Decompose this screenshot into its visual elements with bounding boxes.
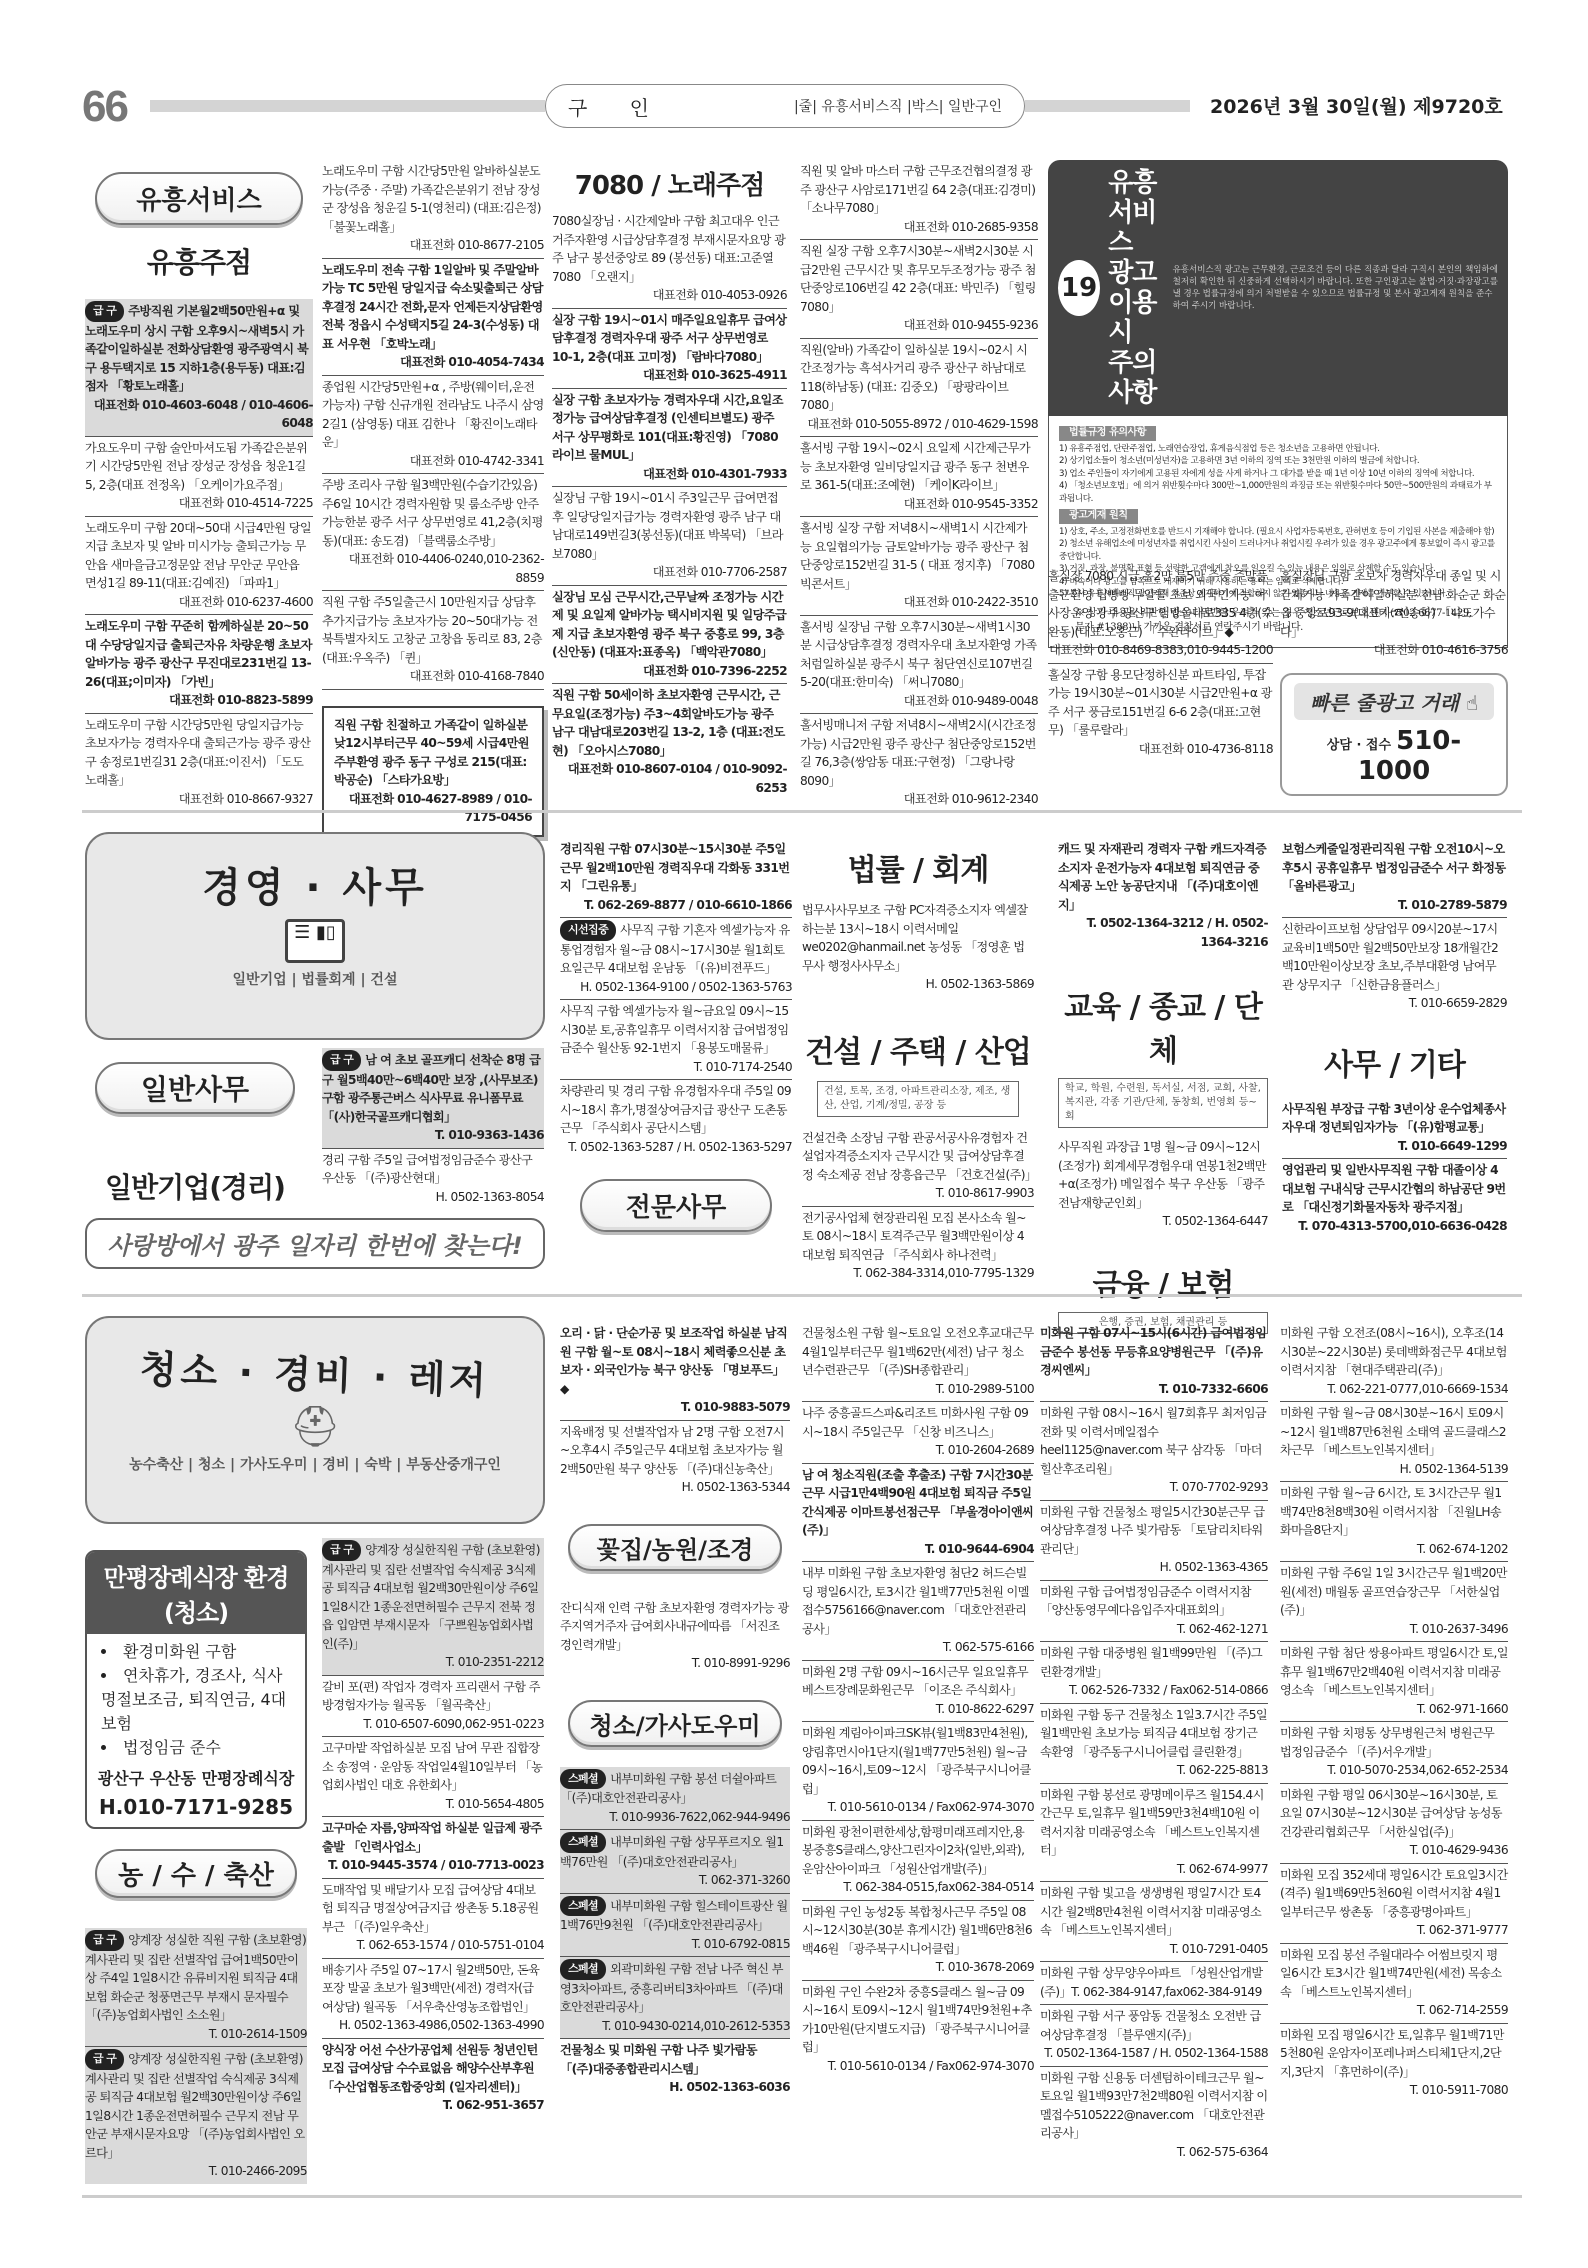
- ad-text: 미화원 구함 봉선로 광명메이루즈 월154.4시간근무 토,일휴무 월1백59…: [1040, 1788, 1264, 1858]
- classified-ad[interactable]: 7080실장님 · 시간제알바 구함 최고대우 인근거주자환영 시급상담후결정 …: [552, 210, 787, 309]
- legal-list: 1) 유흥주점업, 단란주점업, 노래연습장업, 휴게음식점업 등은 청소년을 …: [1059, 443, 1497, 506]
- ad-phone: T. 070-7702-9293: [1040, 1478, 1268, 1497]
- ad-phone: 대표전화 010-8667-9327: [85, 790, 313, 809]
- classified-ad[interactable]: 미화원 구함 08시~16시 월7회휴무 최저임금 전화 및 이력서메일접수 h…: [1040, 1402, 1268, 1501]
- page-number: 66: [82, 82, 127, 132]
- sec2-col-f: 보험스케줄일정관리직원 구함 오전10시~오후5시 공휴일휴무 법정임금준수 서…: [1282, 838, 1507, 1238]
- section-title: 구 인: [568, 92, 667, 121]
- list-item: 1) 상호, 주소, 고정전화번호를 반드시 기재해야 합니다. (필요시 사업…: [1059, 526, 1497, 539]
- ad-phone: 대표전화 010-4514-7225: [85, 494, 313, 513]
- ad-list: 급 구주방직원 기본월2백50만원+α 및 노래도우미 상시 구함 오후9시~새…: [85, 299, 313, 811]
- ad-badge: 급 구: [322, 1050, 361, 1071]
- ad-phone: T. 062-971-1660: [1280, 1700, 1508, 1719]
- ad-phone: T. 010-9644-6904: [802, 1540, 1034, 1559]
- slogan-banner: 사랑방에서 광주 일자리 한번에 찾는다!: [85, 1218, 545, 1269]
- sec1-col-c: 7080 / 노래주점 7080실장님 · 시간제알바 구함 최고대우 인근거주…: [552, 165, 787, 800]
- ad-text: 홀실장 구함 용모단정하신분 파트타임, 투잡가능 19시30분~01시30분 …: [1048, 668, 1272, 738]
- ad-phone: T. 062-269-8877 / 010-6610-1866: [560, 896, 792, 915]
- ad-phone: T. 010-8622-6297: [802, 1700, 1034, 1719]
- classified-ad[interactable]: 급 구양계장 성실한 직원 구함 (초보환영) 계사관리 및 집란 선별작업 급…: [85, 1928, 307, 2047]
- subcategory-title: 유흥주점: [85, 241, 313, 281]
- classified-ad[interactable]: 종업원 시간당5만원+α , 주방(웨이터,운전가능자) 구함 신규개원 전라남…: [322, 376, 544, 475]
- classified-ad[interactable]: 잔디식재 인력 구함 초보자환영 경력자가능 광주지역거주자 급여회사내규에따름…: [560, 1597, 790, 1676]
- ad-phone: T. 062-575-6166: [802, 1638, 1034, 1657]
- ad-phone: T. 062-526-7332 / Fax062-514-0866: [1040, 1681, 1268, 1700]
- fast-ad-number: 510-1000: [1358, 726, 1461, 786]
- notice-description: 유흥서비스직 광고는 근무환경, 근로조건 등이 다른 직종과 달라 구직시 본…: [1173, 264, 1498, 312]
- classified-ad[interactable]: 노래도우미 구함 꾸준히 함께하실분 20~50대 수당당일지급 출퇴근자유 차…: [85, 615, 313, 714]
- classified-ad[interactable]: 전기공사업체 현장관리원 모집 본사소속 월~토 08시~18시 토격주근무 월…: [802, 1207, 1034, 1286]
- classified-ad[interactable]: 고구마순 자름,양파작업 하실분 일급제 광주출발 「인력사업소」T. 010-…: [322, 1817, 544, 1879]
- ad-text: 경리 구함 주5일 급여법정임금준수 광산구 우산동 「(주)광산현대」: [322, 1153, 532, 1186]
- category-banner-cleaning: 청소 · 경비 · 레저 ⛑ 농수축산 | 청소 | 가사도우미 | 경비 | …: [85, 1316, 545, 1524]
- ad-text: 오리 · 닭 · 단순가공 및 보조작업 하실분 남직원 구함 월~토 08시~…: [560, 1326, 787, 1396]
- monitor-chart-icon: ☰ ▮▯: [285, 919, 345, 963]
- category-pill-garden: 꽃집/농원/조경: [568, 1524, 782, 1571]
- ad-phone: T. 062-951-3657: [322, 2096, 544, 2115]
- ad-phone: 대표전화 010-4406-0240,010-2362-8859: [322, 550, 544, 587]
- notice-header: 19 유흥서비스 광고 이용시 주의사항 유흥서비스직 광고는 근무환경, 근로…: [1048, 160, 1508, 416]
- ad-phone: 대표전화 010-8469-8383,010-9445-1200: [1048, 641, 1273, 660]
- ad-text: 미화원 구함 첨단 쌍용아파트 평일6시간 토,일휴무 월1백67만2백40원 …: [1280, 1646, 1508, 1697]
- classified-ad[interactable]: 경리직원 구함 07시30분~15시30분 주5일근무 월2백10만원 경력직우…: [560, 838, 792, 918]
- banner-subtitle: 농수축산 | 청소 | 가사도우미 | 경비 | 숙박 | 부동산중개구인: [87, 1454, 543, 1474]
- ad-text: 미화원 구함 대중병원 월1백99만원 「(주)그린환경개발」: [1040, 1646, 1262, 1679]
- ad-phone: H.010-7171-9285: [87, 1795, 305, 1827]
- notice-title: 유흥서비스 광고 이용시 주의사항: [1108, 168, 1162, 408]
- ad-phone: T. 010-6507-6090,062-951-0223: [322, 1715, 544, 1734]
- classified-ad[interactable]: 신한라이프보험 상담업무 09시20분~17시 교육비1백50만 월2백50만보…: [1282, 918, 1507, 1016]
- classified-ad[interactable]: 노래도우미 구함 시간당5만원 알바하실분도 가능(주중 · 주말) 가족같은분…: [322, 160, 544, 259]
- ad-text: 미화원 구함 07시~15시(6시간) 급여법정임금준수 봉선동 무등휴요양병원…: [1040, 1326, 1266, 1377]
- ad-text: 미화원 구함 치평동 상무병원근처 병원근무 법정임금준수 「(주)서우개발」: [1280, 1726, 1494, 1759]
- classified-ad[interactable]: 미화원 구함 빛고을 생생병원 평일7시간 토4시간 월2백8만4천원 이력서지…: [1040, 1882, 1268, 1962]
- pointer-hand-icon: ☝: [1466, 691, 1478, 715]
- classified-ad[interactable]: 경리 구함 주5일 급여법정임금준수 광산구 우산동 「(주)광산현대」H. 0…: [322, 1149, 544, 1210]
- ad-text: 미화원 구함 급여법정임금준수 이력서지참 「양산동영무예다음입주자대표회의」: [1040, 1585, 1251, 1618]
- ad-text: 미화원 구함 오전조(08시~16시), 오후조(14시30분~22시30분) …: [1280, 1326, 1507, 1377]
- classified-ad[interactable]: 오리 · 닭 · 단순가공 및 보조작업 하실분 남직원 구함 월~토 08시~…: [560, 1322, 790, 1421]
- ad-list: 노래도우미 구함 시간당5만원 알바하실분도 가능(주중 · 주말) 가족같은분…: [322, 160, 544, 690]
- classified-ad[interactable]: 도매작업 및 배달기사 모집 급여상담 4대보험 퇴직금 명절상여금지급 쌍촌동…: [322, 1879, 544, 1959]
- category-desc: 건설, 토목, 조경, 아파트관리소장, 제조, 생산, 산업, 기계/정밀, …: [817, 1081, 1019, 1117]
- classified-ad[interactable]: 홀실장 7080 시급 홀2만 룸5만 주중 주말풀 출근환영 팁빵빵 무알콜 …: [1048, 565, 1273, 664]
- ad-text: 캐드 및 자재관리 경력자 구함 캐드자격증소지자 운전가능자 4대보험 퇴직연…: [1058, 842, 1266, 912]
- classified-ad[interactable]: 시선집중사무직 구함 기혼자 엑셀가능자 유통업경험자 월~금 08시~17시3…: [560, 918, 792, 1000]
- ad-text: 홀실장님 구함 초보자 경력자우대 종일 및 시간제가능 가족같이일하실분 전남…: [1280, 569, 1505, 639]
- ad-list: 직원 및 알바 마스터 구함 근무조건협의결정 광주 광산구 사암로171번길 …: [800, 160, 1038, 812]
- sec3-col-f: 미화원 구함 오전조(08시~16시), 오후조(14시30분~22시30분) …: [1280, 1322, 1508, 2103]
- classified-ad[interactable]: 남 여 청소직원(조출 후출조) 구함 7시간30분근무 시급1만4백90원 4…: [802, 1464, 1034, 1563]
- classified-ad[interactable]: 노래도우미 전속 구함 1일알바 및 주말알바가능 TC 5만원 당일지급 숙소…: [322, 259, 544, 376]
- ad-text: 영업관리 및 일반사무직원 구함 대졸이상 4대보험 구내식당 근무시간협의 하…: [1282, 1163, 1506, 1214]
- classified-ad[interactable]: 직원 및 알바 마스터 구함 근무조건협의결정 광주 광산구 사암로171번길 …: [800, 160, 1038, 240]
- ad-list: 홀실장 7080 시급 홀2만 룸5만 주중 주말풀 출근환영 팁빵빵 무알콜 …: [1048, 565, 1273, 761]
- ad-phone: T. 010-6659-2829: [1282, 994, 1507, 1013]
- fast-ad-title: 빠른 줄광고 거래 ☝: [1294, 683, 1494, 720]
- classified-ad[interactable]: 급 구양계장 성실한직원 구함 (초보환영) 계사관리 및 집란 선별작업 숙식…: [85, 2047, 307, 2184]
- classified-ad[interactable]: 홀서빙 실장님 구함 오후7시30분~새벽1시30분 시급상담후결정 경력자우대…: [800, 616, 1038, 715]
- classified-ad[interactable]: 미화원 구함 치평동 상무병원근처 병원근무 법정임금준수 「(주)서우개발」T…: [1280, 1722, 1508, 1784]
- ad-phone: H. 0502-1363-6036: [560, 2078, 790, 2097]
- header-rule-right: [1025, 100, 1190, 112]
- ad-text: 경리직원 구함 07시30분~15시30분 주5일근무 월2백10만원 경력직우…: [560, 842, 789, 893]
- classified-ad[interactable]: 홀서빙매니저 구함 저녁8시~새벽2시(시간조정가능) 시급2만원 광주 광산구…: [800, 714, 1038, 812]
- classified-ad[interactable]: 급 구양계장 성실한직원 구함 (초보환영) 계사관리 및 집란 선별작업 숙식…: [322, 1538, 544, 1676]
- ad-text: 차량관리 및 경리 구함 유경험자우대 주5일 09시~18시 휴가,명절상여금…: [560, 1084, 791, 1135]
- ad-phone: H. 0502-1363-4986,0502-1363-4990: [322, 2016, 544, 2035]
- classified-ad[interactable]: 실장님 구함 19시~01시 주3일근무 급여면접후 일당당일지급가능 경력자환…: [552, 487, 787, 586]
- ad-phone: 대표전화 010-4301-7933: [552, 465, 787, 484]
- fast-ad-label: 상담 · 접수: [1327, 738, 1391, 753]
- classified-ad[interactable]: 미화원 광천이편한세상,함평미래프레지안,용봉중흥S클래스,양산그린자이2차(일…: [802, 1821, 1034, 1901]
- classified-ad[interactable]: 홀실장 구함 용모단정하신분 파트타임, 투잡가능 19시30분~01시30분 …: [1048, 664, 1273, 762]
- ad-text: 양식장 어선 수산가공업체 선원등 청년인턴 모집 급여상담 수수료없음 해양수…: [322, 2043, 538, 2094]
- ad-text: 실장 구함 초보자가능 경력자우대 시간,요일조정가능 급여상담후결정 (인센티…: [552, 393, 783, 463]
- ad-text: 노래도우미 구함 20대~50대 시급4만원 당일지급 초보자 및 알바 미시가…: [85, 521, 311, 591]
- ad-phone: 대표전화 010-7396-2252: [552, 662, 787, 681]
- ad-phone: 대표전화 010-7706-2587: [552, 563, 787, 582]
- category-pill-professional: 전문사무: [580, 1179, 772, 1232]
- classified-ad[interactable]: 미화원 구함 월~금 08시30분~16시 토09시~12시 월1백87만6천원…: [1280, 1402, 1508, 1482]
- banner-title: 청소 · 경비 · 레저: [86, 1336, 544, 1407]
- ad-badge: 급 구: [85, 1930, 124, 1951]
- section-divider: [82, 810, 1522, 813]
- ad-phone: T. 062-653-1574 / 010-5751-0104: [322, 1936, 544, 1955]
- ad-list: 오리 · 닭 · 단순가공 및 보조작업 하실분 남직원 구함 월~토 08시~…: [560, 1322, 790, 1500]
- ad-text: 잔디식재 인력 구함 초보자환영 경력자가능 광주지역거주자 급여회사내규에따름…: [560, 1601, 789, 1652]
- ad-text: 가요도우미 구함 술안마셔도됨 가족같은분위기 시간당5만원 전남 장성군 장성…: [85, 441, 307, 492]
- list-item: 2) 상기업소들이 청소년(미성년자)을 고용하면 3년 이하의 징역 또는 3…: [1059, 455, 1497, 468]
- ad-phone: T. 010-2789-5879: [1282, 896, 1507, 915]
- classified-ad[interactable]: 미화원 구함 대중병원 월1백99만원 「(주)그린환경개발」T. 062-52…: [1040, 1642, 1268, 1704]
- ad-phone: 대표전화 010-8823-5899: [85, 691, 313, 710]
- classified-ad[interactable]: 미화원 2명 구함 09시~16시근무 일요일휴무 베스트장례문화원근무 「이조…: [802, 1661, 1034, 1723]
- classified-ad[interactable]: 미화원 구함 평일 06시30분~16시30분, 토요일 07시30분~12시3…: [1280, 1784, 1508, 1864]
- ad-text: 미화원 구함 주6일 1일 3시간근무 월1백20만원(세전) 매월동 골프연습…: [1280, 1566, 1507, 1617]
- classified-ad[interactable]: 직원 실장 구함 오후7시30분~새벽2시30분 시급2만원 근무시간 및 휴무…: [800, 240, 1038, 339]
- ad-phone: T. 062-674-1202: [1280, 1540, 1508, 1559]
- ad-text: 미화원 구인 농성2동 복합청사근무 주5일 08시~12시30분(30분 휴게…: [802, 1905, 1032, 1956]
- boxed-ad[interactable]: 직원 구함 친절하고 가족같이 일하실분 낮12시부터근무 40~59세 시급4…: [322, 706, 544, 837]
- classified-ad[interactable]: 미화원 구함 신용동 더센텀하이테크근무 월~토요일 월1백93만7천2백80원…: [1040, 2067, 1268, 2165]
- ad-phone: 대표전화 010-9489-0048: [800, 692, 1038, 711]
- ad-text: 홀서빙 실장님 구함 오후7시30분~새벽1시30분 시급상담후결정 경력자우대…: [800, 620, 1037, 690]
- ad-phone: 대표전화 010-4053-0926: [552, 286, 787, 305]
- ad-phone: 대표전화 010-9545-3352: [800, 495, 1038, 514]
- ad-list: 건물청소원 구함 월~토요일 오전오후교대근무 4월1일부터근무 월1백62만(…: [802, 1322, 1034, 2078]
- ad-list: 캐드 및 자재관리 경력자 구함 캐드자격증소지자 운전가능자 4대보험 퇴직연…: [1058, 838, 1268, 954]
- ad-text: 건물청소 및 미화원 구함 나주 빛가람동 「(주)대중종합관리시스템」: [560, 2043, 757, 2076]
- list-item: 1) 유흥주점업, 단란주점업, 노래연습장업, 휴게음식점업 등은 청소년을 …: [1059, 443, 1497, 456]
- classified-ad[interactable]: 스페셜외곽미화원 구함 전남 나주 혁신 부영3차아파트, 중흥리버티3차아파트…: [560, 1957, 790, 2039]
- ad-text: 직원 구함 50세이하 초보자환영 근무시간, 근무요일(조정가능) 주3~4회…: [552, 688, 785, 758]
- sec3-col-b: 급 구양계장 성실한직원 구함 (초보환영) 계사관리 및 집란 선별작업 숙식…: [322, 1538, 544, 2118]
- ad-phone: 대표전화 010-2685-9358: [800, 218, 1038, 237]
- ad-text: 종업원 시간당5만원+α , 주방(웨이터,운전가능자) 구함 신규개원 전라남…: [322, 380, 544, 450]
- classified-ad[interactable]: 배송기사 주5일 07~17시 월2백50만, 돈육포장 발골 초보가 월3백만…: [322, 1959, 544, 2039]
- ad-list: 미화원 구함 07시~15시(6시간) 급여법정임금준수 봉선동 무등휴요양병원…: [1040, 1322, 1268, 2164]
- ad-phone: T. 010-9430-0214,010-2612-5353: [560, 2017, 790, 2036]
- ad-phone: 대표전화 010-6237-4600: [85, 593, 313, 612]
- classified-ad[interactable]: 미화원 구함 오전조(08시~16시), 오후조(14시30분~22시30분) …: [1280, 1322, 1508, 1402]
- classified-ad[interactable]: 미화원 구함 첨단 쌍용아파트 평일6시간 토,일휴무 월1백67만2백40원 …: [1280, 1642, 1508, 1722]
- classified-ad[interactable]: 가요도우미 구함 술안마셔도됨 가족같은분위기 시간당5만원 전남 장성군 장성…: [85, 437, 313, 517]
- ad-list: 급 구양계장 성실한직원 구함 (초보환영) 계사관리 및 집란 선별작업 숙식…: [322, 1538, 544, 2118]
- ad-text: 도매작업 및 배달기사 모집 급여상담 4대보험 퇴직금 명절상여금지급 쌍촌동…: [322, 1883, 539, 1934]
- category-title-education: 교육 / 종교 / 단체: [1058, 982, 1268, 1070]
- ad-text: 홀서빙 실장 구함 저녁8시~새벽1시 시간제가능 요일협의가능 금토알바가능 …: [800, 521, 1035, 591]
- ad-phone: T. 010-2637-3496: [1280, 1620, 1508, 1639]
- ad-text: 미화원 구함 08시~16시 월7회휴무 최저임금 전화 및 이력서메일접수 h…: [1040, 1406, 1266, 1476]
- classified-ad[interactable]: 사무직원 부장급 구함 3년이상 운수업체종사자우대 정년퇴임자가능 「(유)함…: [1282, 1098, 1507, 1160]
- category-title-construction: 건설 / 주택 / 산업: [802, 1027, 1034, 1071]
- classified-ad[interactable]: 직원(알바) 가족같이 일하실분 19시~02시 시간조정가능 흑석사거리 광주…: [800, 339, 1038, 438]
- ad-phone: 대표전화 010-4736-8118: [1048, 740, 1273, 759]
- classified-ad[interactable]: 직원 구함 50세이하 초보자환영 근무시간, 근무요일(조정가능) 주3~4회…: [552, 684, 787, 800]
- category-pill-office: 일반사무: [95, 1062, 295, 1114]
- sec1-col-b: 노래도우미 구함 시간당5만원 알바하실분도 가능(주중 · 주말) 가족같은분…: [322, 160, 544, 837]
- ad-list: 급 구양계장 성실한 직원 구함 (초보환영) 계사관리 및 집란 선별작업 급…: [85, 1928, 307, 2184]
- ad-text: 7080실장님 · 시간제알바 구함 최고대우 인근거주자환영 시급상담후결정 …: [552, 214, 785, 284]
- section-divider: [82, 2195, 1522, 2198]
- fast-ad-box[interactable]: 빠른 줄광고 거래 ☝ 상담 · 접수 510-1000: [1280, 673, 1508, 796]
- classified-ad[interactable]: 고구마밭 작업하실분 모집 남여 무관 집합장소 송정역 · 운암동 작업일4월…: [322, 1737, 544, 1817]
- ad-text: 홀서빙 구함 19시~02시 요일제 시간제근무가능 초보자환영 일비당일지급 …: [800, 441, 1030, 492]
- sec1-col-d: 직원 및 알바 마스터 구함 근무조건협의결정 광주 광산구 사암로171번길 …: [800, 160, 1038, 812]
- classified-ad[interactable]: 스페셜내부미화원 구함 봉선 더쉴아파트 「(주)대호안전관리공사」T. 010…: [560, 1767, 790, 1831]
- ad-list: 스페셜내부미화원 구함 봉선 더쉴아파트 「(주)대호안전관리공사」T. 010…: [560, 1767, 790, 2100]
- police-cap-icon: ⛑: [87, 1403, 543, 1450]
- ad-text: 직원 및 알바 마스터 구함 근무조건협의결정 광주 광산구 사암로171번길 …: [800, 164, 1035, 215]
- ad-text: 건물청소원 구함 월~토요일 오전오후교대근무 4월1일부터근무 월1백62만(…: [802, 1326, 1034, 1377]
- ad-phone: T. 062-371-9777: [1280, 1921, 1508, 1940]
- classified-ad[interactable]: 미화원 모집 352세대 평일6시간 토요일3시간(격주) 월1백69만5천60…: [1280, 1864, 1508, 1944]
- classified-ad[interactable]: 홀실장님 구함 초보자 경력자우대 종일 및 시간제가능 가족같이일하실분 전남…: [1280, 565, 1508, 663]
- classified-ad[interactable]: 보험스케줄일정관리직원 구함 오전10시~오후5시 공휴일휴무 법정임금준수 서…: [1282, 838, 1507, 918]
- ad-phone: T. 010-9883-5079: [560, 1398, 790, 1417]
- ad-phone: T. 0502-1364-6447: [1058, 1212, 1268, 1231]
- ad-text: 미화원 구인 수완2차 중흥S클래스 월~금 09시~16시 토09시~12시 …: [802, 1985, 1032, 2055]
- ad-text: 직원 실장 구함 오후7시30분~새벽2시30분 시급2만원 근무시간 및 휴무…: [800, 244, 1036, 314]
- ad-text: 보험스케줄일정관리직원 구함 오전10시~오후5시 공휴일휴무 법정임금준수 서…: [1282, 842, 1506, 893]
- classified-ad[interactable]: 노래도우미 구함 시간당5만원 당일지급가능 초보자가능 경력자우대 출퇴근가능…: [85, 714, 313, 812]
- ad-text: 미화원 2명 구함 09시~16시근무 일요일휴무 베스트장례문화원근무 「이조…: [802, 1665, 1028, 1698]
- ad-text: 사무직원 부장급 구함 3년이상 운수업체종사자우대 정년퇴임자가능 「(유)함…: [1282, 1102, 1506, 1135]
- age-19-icon: 19: [1058, 260, 1100, 316]
- ad-phone: T. 010-4629-9436: [1280, 1841, 1508, 1860]
- ad-phone: T. 062-225-8813: [1040, 1761, 1268, 1780]
- ad-text: 미화원 구함 월~금 08시30분~16시 토09시~12시 월1백87만6천원…: [1280, 1406, 1506, 1457]
- classified-ad[interactable]: 실장 구함 19시~01시 매주일요일휴무 급여상담후결정 경력자우대 광주 서…: [552, 309, 787, 389]
- ad-text: 남 여 청소직원(조출 후출조) 구함 7시간30분근무 시급1만4백90원 4…: [802, 1468, 1033, 1538]
- classified-ad[interactable]: 내부 미화원 구함 초보자환영 첨단2 허드슨빌딩 평일6시간, 토3시간 월1…: [802, 1562, 1034, 1661]
- classified-ad[interactable]: 사무직원 과장급 1명 월~금 09시~12시(조정가) 회계세무경험우대 연봉…: [1058, 1136, 1268, 1234]
- funeral-hall-ad[interactable]: 만평장례식장 환경(청소) 환경미화원 구함연차휴가, 경조사, 식사 명절보조…: [85, 1550, 307, 1829]
- ad-phone: H. 0502-1363-5344: [560, 1478, 790, 1497]
- ad-location: 광산구 우산동 만평장례식장: [87, 1766, 305, 1795]
- classified-ad[interactable]: 홀서빙 구함 19시~02시 요일제 시간제근무가능 초보자환영 일비당일지급 …: [800, 437, 1038, 517]
- ad-badge: 급 구: [322, 1540, 361, 1561]
- classified-ad[interactable]: 미화원 구함 급여법정임금준수 이력서지참 「양산동영무예다음입주자대표회의」T…: [1040, 1581, 1268, 1643]
- classified-ad[interactable]: 미화원 모집 평일6시간 토,일휴무 월1백71만5천80원 운암자이포레나퍼스…: [1280, 2024, 1508, 2103]
- ad-phone: 대표전화 010-2422-3510: [800, 593, 1038, 612]
- classified-ad[interactable]: 양식장 어선 수산가공업체 선원등 청년인턴 모집 급여상담 수수료없음 해양수…: [322, 2039, 544, 2118]
- sec2-col-d: 법률 / 회계 법무사사무보조 구함 PC자격증소지자 엑셀잘하는분 13시~1…: [802, 845, 1034, 1286]
- sec1-col-a: 유흥서비스 유흥주점 급 구주방직원 기본월2백50만원+α 및 노래도우미 상…: [85, 168, 313, 811]
- ad-phone: T. 010-2466-2095: [85, 2162, 307, 2181]
- issue-date: 2026년 3월 30일(월) 제9720호: [1210, 92, 1503, 119]
- ad-phone: 대표전화 010-4054-7434: [322, 353, 544, 372]
- ad-phone: T. 010-7291-0405: [1040, 1940, 1268, 1959]
- ad-text: 건설건축 소장님 구함 관공서공사유경험자 건설업자격증소지자 근무시간 및 급…: [802, 1131, 1037, 1182]
- classified-ad[interactable]: 스페셜내부미화원 구함 힐스테이트광산 월1백76만9천원 「(주)대호안전관리…: [560, 1894, 790, 1958]
- ad-phone: T. 010-7174-2540: [560, 1058, 792, 1077]
- list-item: 법정임금 준수: [97, 1736, 295, 1760]
- ad-text: 실장님 모심 근무시간,근무날짜 조정가능 시간제 및 요일제 알바가능 택시비…: [552, 590, 786, 660]
- ad-badge: 스페셜: [560, 1896, 606, 1917]
- subcategory-title: 일반기업(경리): [95, 1166, 295, 1206]
- ad-text: 신한라이프보험 상담업무 09시20분~17시 교육비1백50만 월2백50만보…: [1282, 922, 1498, 992]
- classified-ad[interactable]: 미화원 구함 주6일 1일 3시간근무 월1백20만원(세전) 매월동 골프연습…: [1280, 1562, 1508, 1642]
- classified-ad[interactable]: 미화원 계림아이파크SK뷰(월1백83만4천원),양림휴먼시아1단지(월1백77…: [802, 1722, 1034, 1821]
- ad-phone: T. 010-5070-2534,062-652-2534: [1280, 1761, 1508, 1780]
- list-item: 2) 청소년 유해업소에 미성년자를 취업시킨 사실이 드러나거나 취업시킬 우…: [1059, 538, 1497, 563]
- ad-phone: 대표전화 010-4168-7840: [322, 667, 544, 686]
- ad-list: 경리직원 구함 07시30분~15시30분 주5일근무 월2백10만원 경력직우…: [560, 838, 792, 1159]
- classified-ad[interactable]: 미화원 구함 월~금 6시간, 토 3시간근무 월1백74만8천8백30원 이력…: [1280, 1482, 1508, 1562]
- ad-text: 법무사사무보조 구함 PC자격증소지자 엑셀잘하는분 13시~18시 이력서메일…: [802, 903, 1028, 973]
- ad-phone: T. 062-674-9977: [1040, 1860, 1268, 1879]
- classified-ad[interactable]: 영업관리 및 일반사무직원 구함 대졸이상 4대보험 구내식당 근무시간협의 하…: [1282, 1159, 1507, 1238]
- section-header: 구 인 |줄| 유흥서비스직 |박스| 일반구인: [545, 84, 1025, 128]
- classified-ad[interactable]: 실장님 모심 근무시간,근무날짜 조정가능 시간제 및 요일제 알바가능 택시비…: [552, 586, 787, 685]
- classified-ad[interactable]: 차량관리 및 경리 구함 유경험자우대 주5일 09시~18시 휴가,명절상여금…: [560, 1080, 792, 1159]
- classified-ad[interactable]: 갈비 포(편) 작업자 경력자 프리랜서 구함 주방경험자가능 월곡동 「월곡축…: [322, 1676, 544, 1738]
- ad-phone: 대표전화 010-9455-9236: [800, 316, 1038, 335]
- ad-list: 미화원 구함 오전조(08시~16시), 오후조(14시30분~22시30분) …: [1280, 1322, 1508, 2103]
- ad-phone: 대표전화 010-8677-2105: [322, 236, 544, 255]
- notice-title-line1: 유흥서비스 광고: [1108, 168, 1162, 288]
- ad-list: 사무직원 부장급 구함 3년이상 운수업체종사자우대 정년퇴임자가능 「(유)함…: [1282, 1098, 1507, 1239]
- ad-badge: 스페셜: [560, 1959, 606, 1980]
- sec2-col-b: 급 구남 여 초보 골프캐디 선착순 8명 급구 월5백40만~6백40만 보장…: [322, 1048, 544, 1209]
- ad-phone: T. 010-9445-3574 / 010-7713-0023: [322, 1856, 544, 1875]
- ad-phone: 대표전화 010-4603-6048 / 010-4606-6048: [85, 396, 313, 433]
- classified-ad[interactable]: 스페셜내부미화원 구함 상무푸르지오 월1백76만원 「(주)대호안전관리공사」…: [560, 1830, 790, 1894]
- classified-ad[interactable]: 미화원 구인 농성2동 복합청사근무 주5일 08시~12시30분(30분 휴게…: [802, 1901, 1034, 1981]
- classified-ad[interactable]: 미화원 구함 건물청소 평일5시간30분근무 급여상담후결정 나주 빛가람동 「…: [1040, 1501, 1268, 1581]
- list-item: 환경미화원 구함: [97, 1640, 295, 1664]
- rules-title: 광고게재 원칙: [1059, 509, 1138, 524]
- ad-text: 노래도우미 전속 구함 1일알바 및 주말알바가능 TC 5만원 당일지급 숙소…: [322, 263, 543, 351]
- classified-ad[interactable]: 미화원 구함 서구 풍암동 건물청소 오전반 급여상담후결정 「블루앤지(주)」…: [1040, 2005, 1268, 2067]
- sec2-left: 일반사무 일반기업(경리): [95, 1062, 295, 1206]
- classified-ad[interactable]: 나주 중흥골드스파&리조트 미화사원 구함 09시~18시 주5일근무 「신창 …: [802, 1402, 1034, 1464]
- category-pill-farm: 농 / 수 / 축산: [95, 1849, 297, 1898]
- classified-ad[interactable]: 건물청소 및 미화원 구함 나주 빛가람동 「(주)대중종합관리시스템」H. 0…: [560, 2039, 790, 2100]
- category-title-office-etc: 사무 / 기타: [1282, 1040, 1507, 1084]
- header-rule-left: [150, 100, 545, 112]
- sec2-col-c: 경리직원 구함 07시30분~15시30분 주5일근무 월2백10만원 경력직우…: [560, 838, 792, 1232]
- ad-text: 미화원 구함 월~금 6시간, 토 3시간근무 월1백74만8천8백30원 이력…: [1280, 1486, 1502, 1537]
- ad-phone: T. 062-384-0515,fax062-384-0514: [802, 1878, 1034, 1897]
- classified-ad[interactable]: 주방 조리사 구함 월3백만원(수습기간있음) 주6일 10시간 경력자원함 및…: [322, 474, 544, 591]
- ad-text: 미화원 광천이편한세상,함평미래프레지안,용봉중흥S클래스,양산그린자이2차(일…: [802, 1825, 1024, 1876]
- ad-list: 건설건축 소장님 구함 관공서공사유경험자 건설업자격증소지자 근무시간 및 급…: [802, 1127, 1034, 1286]
- ad-text: 미화원 구함 동구 건물청소 1일3.7시간 주5일 월1백만원 초보가능 퇴직…: [1040, 1708, 1267, 1759]
- ad-text: 배송기사 주5일 07~17시 월2백50만, 돈육포장 발골 초보가 월3백만…: [322, 1963, 539, 2014]
- classified-ad[interactable]: 사무직 구함 엑셀가능자 월~금요일 09시~15시30분 토,공휴일휴무 이력…: [560, 1000, 792, 1080]
- classified-ad[interactable]: 직원 구함 주5일출근시 10만원지급 상담후 추가지급가능 초보자가능 20~…: [322, 591, 544, 690]
- classified-ad[interactable]: 미화원 구함 봉선로 광명메이루즈 월154.4시간근무 토,일휴무 월1백59…: [1040, 1784, 1268, 1883]
- ad-phone: T. 010-5610-0134 / Fax062-974-3070: [802, 2057, 1034, 2076]
- ad-phone: T. 010-5610-0134 / Fax062-974-3070: [802, 1798, 1034, 1817]
- ad-list: 보험스케줄일정관리직원 구함 오전10시~오후5시 공휴일휴무 법정임금준수 서…: [1282, 838, 1507, 1016]
- classified-ad[interactable]: 법무사사무보조 구함 PC자격증소지자 엑셀잘하는분 13시~18시 이력서메일…: [802, 899, 1034, 997]
- ad-phone: T. 010-2989-5100: [802, 1380, 1034, 1399]
- ad-phone: T. 010-2604-2689: [802, 1441, 1034, 1460]
- ad-list: 7080실장님 · 시간제알바 구함 최고대우 인근거주자환영 시급상담후결정 …: [552, 210, 787, 800]
- ad-text: 미화원 모집 평일6시간 토,일휴무 월1백71만5천80원 운암자이포레나퍼스…: [1280, 2028, 1504, 2079]
- classified-ad[interactable]: 홀서빙 실장 구함 저녁8시~새벽1시 시간제가능 요일협의가능 금토알바가능 …: [800, 517, 1038, 616]
- classified-ad[interactable]: 건설건축 소장님 구함 관공서공사유경험자 건설업자격증소지자 근무시간 및 급…: [802, 1127, 1034, 1207]
- ad-phone: T. 0502-1364-1587 / H. 0502-1364-1588: [1040, 2044, 1268, 2063]
- classified-ad[interactable]: 미화원 구함 07시~15시(6시간) 급여법정임금준수 봉선동 무등휴요양병원…: [1040, 1322, 1268, 1402]
- ad-text: 직원 구함 친절하고 가족같이 일하실분 낮12시부터근무 40~59세 시급4…: [334, 716, 532, 790]
- ad-phone: T. 062-371-3260: [560, 1871, 790, 1890]
- category-banner-management: 경영 · 사무 ☰ ▮▯ 일반기업 | 법률회계 | 건설: [85, 832, 545, 1040]
- sec3-col-a: 만평장례식장 환경(청소) 환경미화원 구함연차휴가, 경조사, 식사 명절보조…: [85, 1550, 307, 2184]
- ad-phone: T. 0502-1363-5287 / H. 0502-1363-5297: [560, 1138, 792, 1157]
- classified-ad[interactable]: 미화원 구인 수완2차 중흥S클래스 월~금 09시~16시 토09시~12시 …: [802, 1981, 1034, 2079]
- ad-phone: T. 062-221-0777,010-6669-1534: [1280, 1380, 1508, 1399]
- classified-ad[interactable]: 지육배정 및 선별작업자 남 2명 구함 오전7시~오후4시 주5일근무 4대보…: [560, 1421, 790, 1500]
- ad-phone: H. 0502-1364-9100 / 0502-1363-5763: [560, 978, 792, 997]
- ad-text: 미화원 구함 상무양우아파트 「성원산업개발(주)」T. 062-384-914…: [1040, 1966, 1263, 1999]
- classified-ad[interactable]: 미화원 모집 봉선 주월대라수 어썸브릿지 평일6시간 토3시간 월1백74만원…: [1280, 1944, 1508, 2024]
- category-title-7080: 7080 / 노래주점: [552, 165, 787, 202]
- classified-ad[interactable]: 미화원 구함 상무양우아파트 「성원산업개발(주)」T. 062-384-914…: [1040, 1962, 1268, 2005]
- classified-ad[interactable]: 노래도우미 구함 20대~50대 시급4만원 당일지급 초보자 및 알바 미시가…: [85, 517, 313, 616]
- category-pill-cleaning: 청소/가사도우미: [568, 1700, 782, 1747]
- ad-phone: H. 0502-1364-5139: [1280, 1460, 1508, 1479]
- sec1-col-e: 홀실장 7080 시급 홀2만 룸5만 주중 주말풀 출근환영 팁빵빵 무알콜 …: [1048, 565, 1273, 761]
- ad-text: 홀서빙매니저 구함 저녁8시~새벽2시(시간조정가능) 시급2만원 광주 광산구…: [800, 718, 1036, 788]
- ad-text: 미화원 구함 평일 06시30분~16시30분, 토요일 07시30분~12시3…: [1280, 1788, 1502, 1839]
- ad-text: 주방 조리사 구함 월3백만원(수습기간있음) 주6일 10시간 경력자원함 및…: [322, 478, 543, 548]
- classified-ad[interactable]: 건물청소원 구함 월~토요일 오전오후교대근무 4월1일부터근무 월1백62만(…: [802, 1322, 1034, 1402]
- classified-ad[interactable]: 미화원 구함 동구 건물청소 1일3.7시간 주5일 월1백만원 초보가능 퇴직…: [1040, 1704, 1268, 1784]
- ad-text: 노래도우미 구함 시간당5만원 당일지급가능 초보자가능 경력자우대 출퇴근가능…: [85, 718, 310, 788]
- ad-list: 사무직원 과장급 1명 월~금 09시~12시(조정가) 회계세무경험우대 연봉…: [1058, 1136, 1268, 1234]
- ad-text: 사무직원 과장급 1명 월~금 09시~12시(조정가) 회계세무경험우대 연봉…: [1058, 1140, 1266, 1210]
- category-desc: 학교, 학원, 수련원, 독서실, 서점, 교회, 사찰, 복지관, 각종 기관…: [1058, 1078, 1268, 1128]
- classified-ad[interactable]: 실장 구함 초보자가능 경력자우대 시간,요일조정가능 급여상담후결정 (인센티…: [552, 389, 787, 488]
- ad-phone: T. 062-384-3314,010-7795-1329: [802, 1264, 1034, 1283]
- ad-text: 나주 중흥골드스파&리조트 미화사원 구함 09시~18시 주5일근무 「신창 …: [802, 1406, 1028, 1439]
- ad-phone: T. 070-4313-5700,010-6636-0428: [1282, 1217, 1507, 1236]
- classified-ad[interactable]: 급 구남 여 초보 골프캐디 선착순 8명 급구 월5백40만~6백40만 보장…: [322, 1048, 544, 1149]
- classified-ad[interactable]: 급 구주방직원 기본월2백50만원+α 및 노래도우미 상시 구함 오후9시~새…: [85, 299, 313, 437]
- ad-phone: T. 010-6792-0815: [560, 1935, 790, 1954]
- ad-phone: T. 010-6649-1299: [1282, 1137, 1507, 1156]
- ad-text: 갈비 포(편) 작업자 경력자 프리랜서 구함 주방경험자가능 월곡동 「월곡축…: [322, 1680, 540, 1713]
- ad-text: 노래도우미 구함 꾸준히 함께하실분 20~50대 수당당일지급 출퇴근자유 차…: [85, 619, 312, 689]
- ad-phone: T. 010-8617-9903: [802, 1184, 1034, 1203]
- ad-text: 미화원 모집 352세대 평일6시간 토요일3시간(격주) 월1백69만5천60…: [1280, 1868, 1508, 1919]
- classified-ad[interactable]: 캐드 및 자재관리 경력자 구함 캐드자격증소지자 운전가능자 4대보험 퇴직연…: [1058, 838, 1268, 954]
